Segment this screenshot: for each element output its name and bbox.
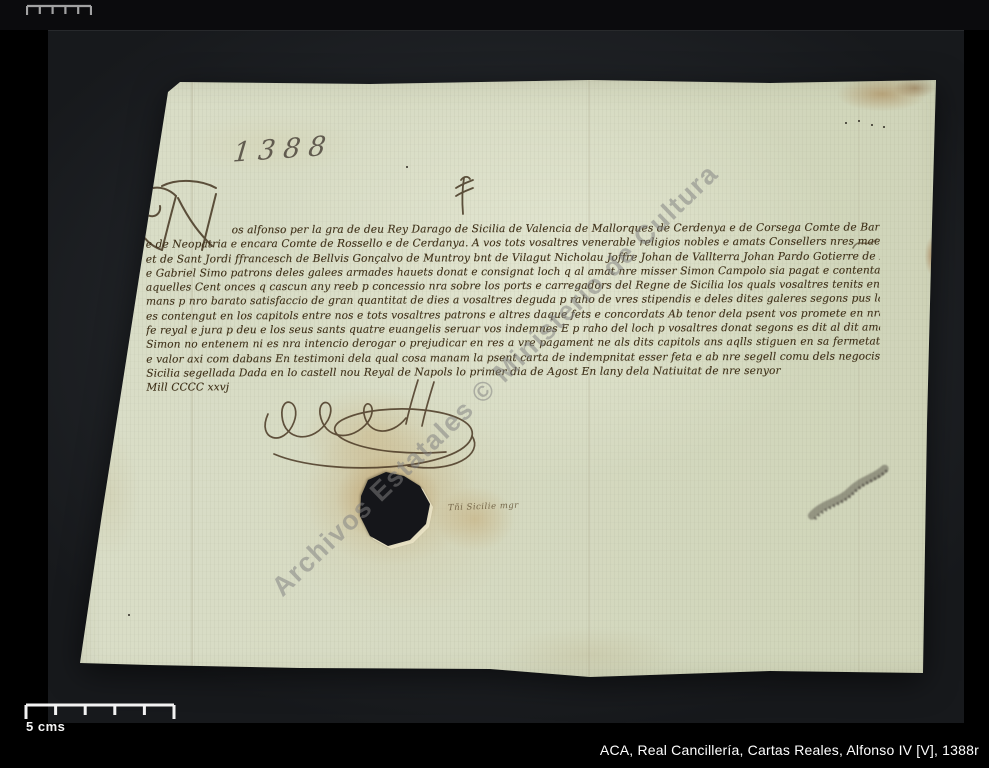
- archive-photo-viewer: 1388: [0, 0, 989, 768]
- scale-bar-label: 5 cms: [26, 719, 65, 734]
- image-caption: ACA, Real Cancillería, Cartas Reales, Al…: [600, 742, 979, 758]
- top-frame-strip: [0, 0, 989, 30]
- mini-ruler-icon: [26, 4, 92, 18]
